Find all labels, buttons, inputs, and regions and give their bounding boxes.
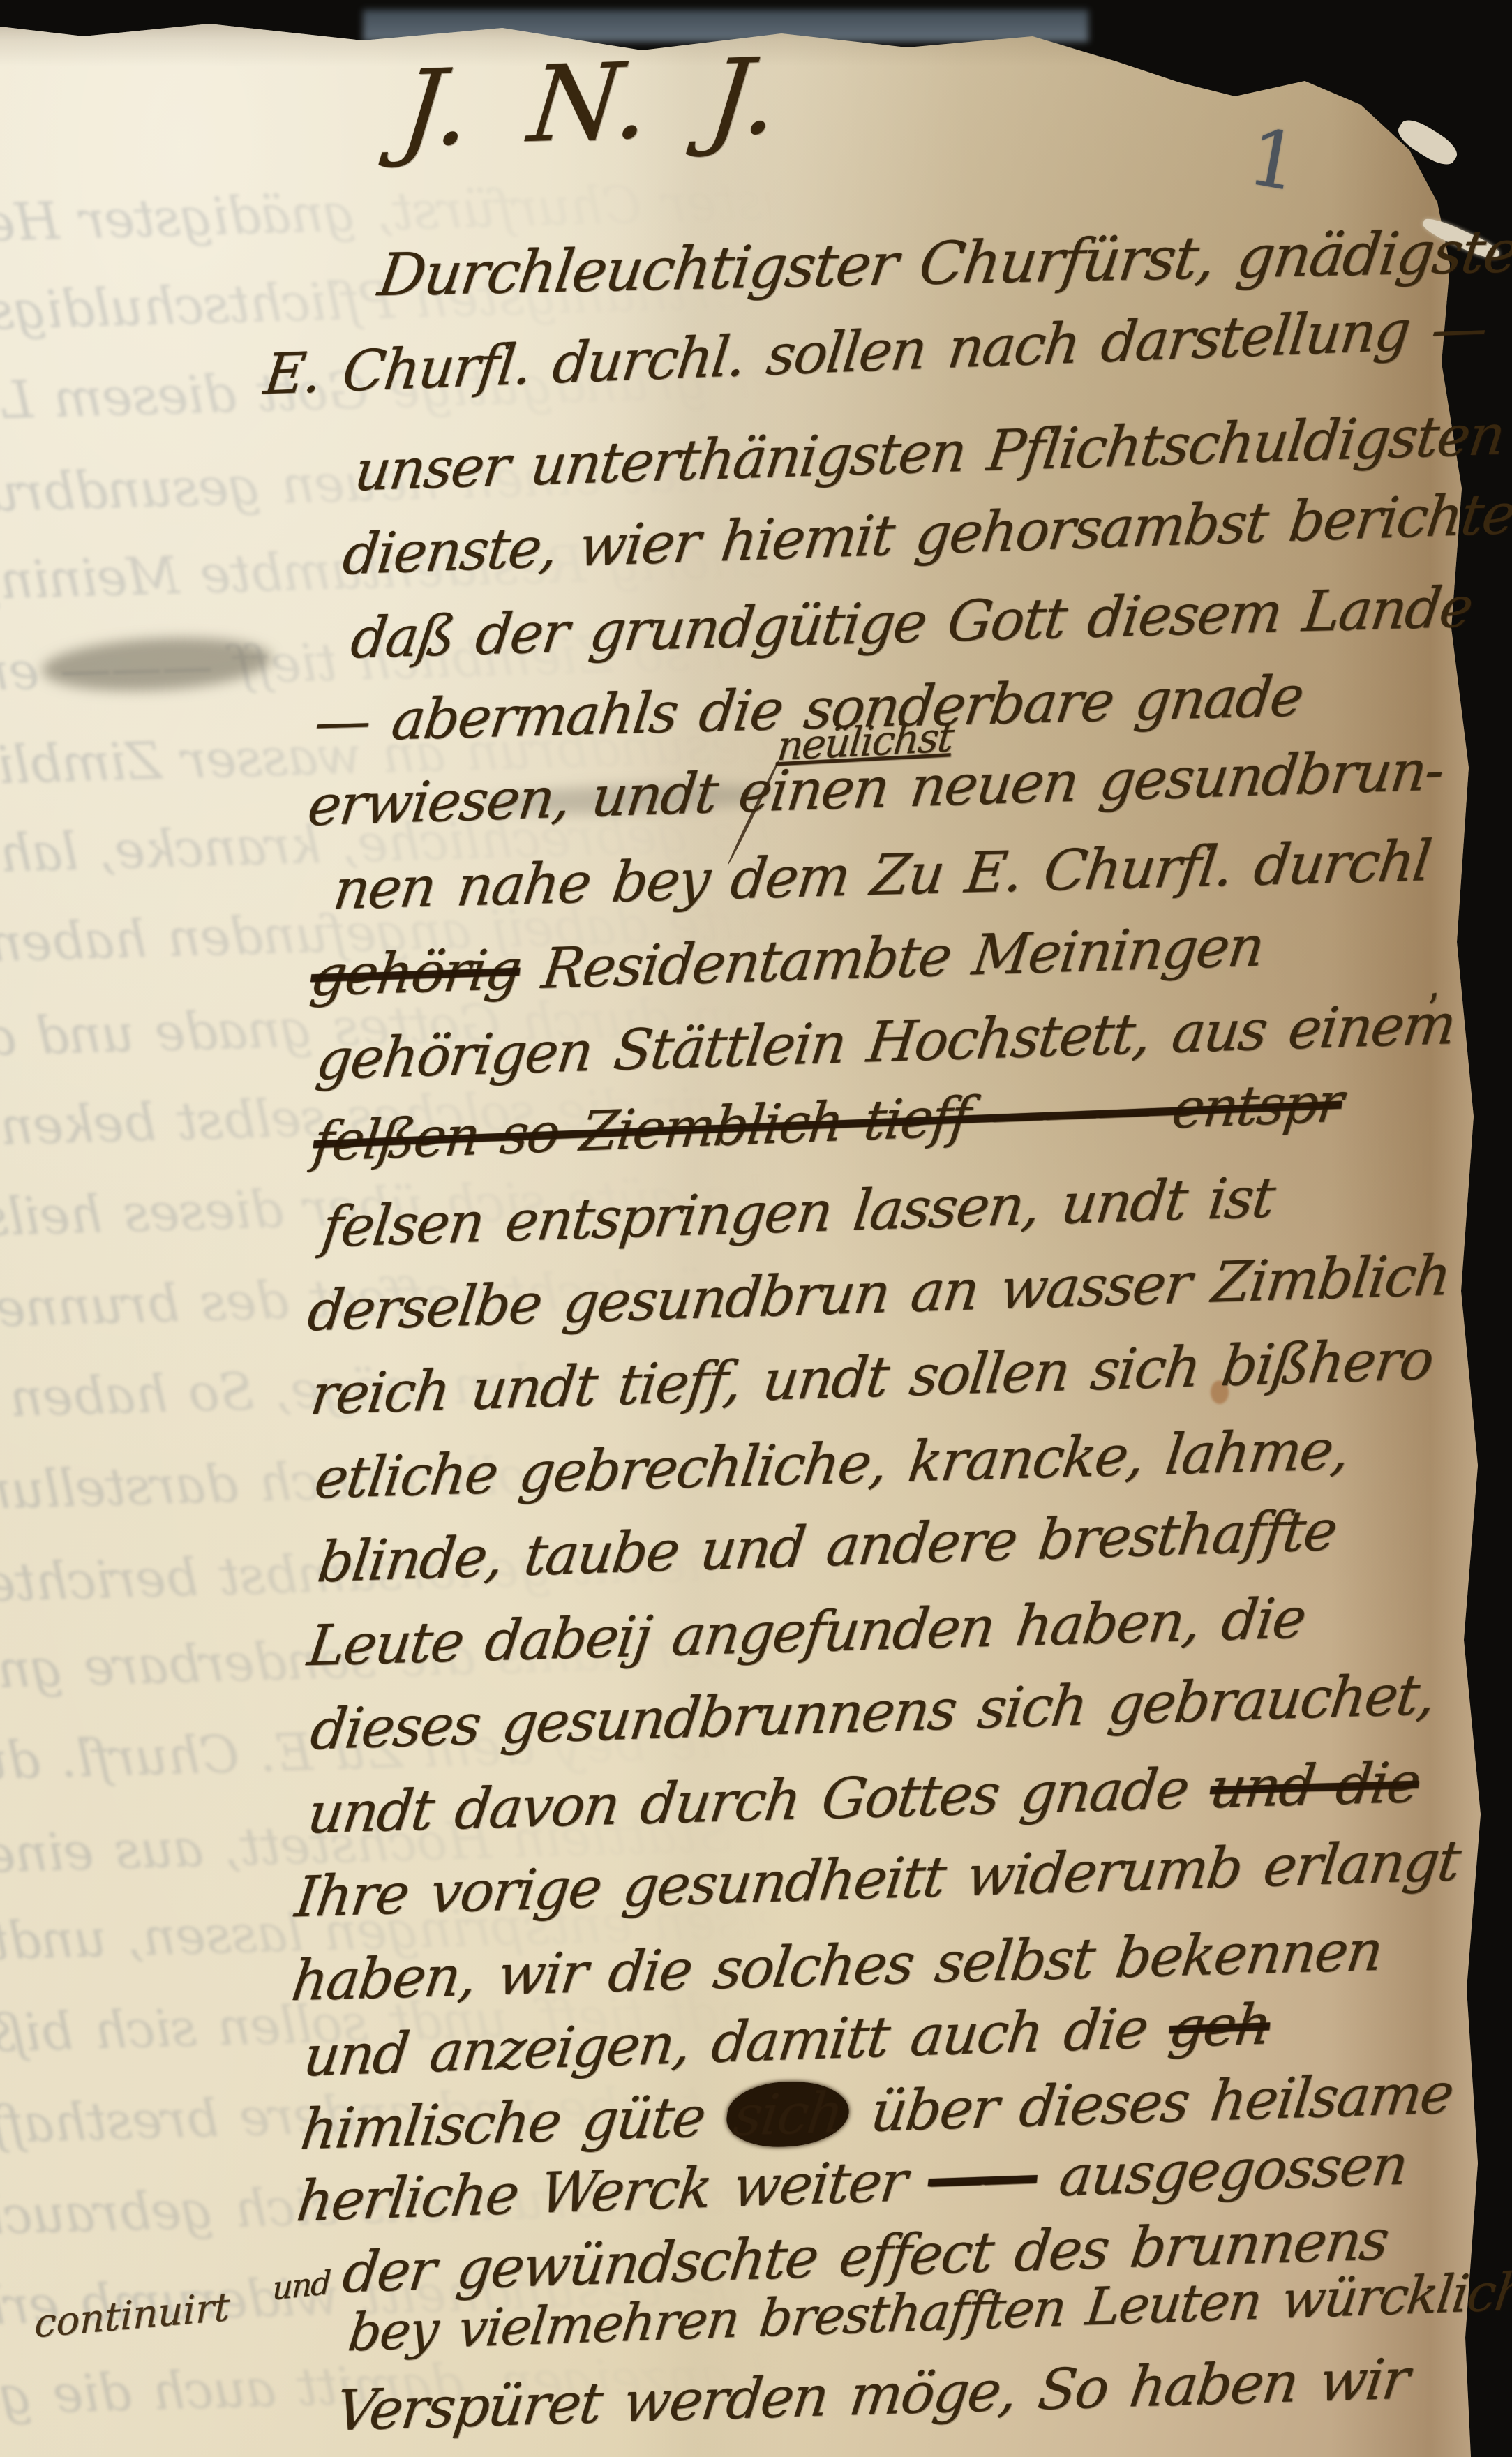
invocation-monogram: J. N. J. xyxy=(396,36,786,171)
superscript-insertion: und xyxy=(271,2263,331,2307)
blotted-text: sich xyxy=(723,2079,853,2149)
struck-text: —— xyxy=(925,2144,1042,2213)
manuscript-scan: Durchleuchtigster Churfürst, gnädigster … xyxy=(0,0,1512,2457)
struck-text: gehörig xyxy=(307,937,524,1009)
struck-text: geh xyxy=(1165,1992,1274,2060)
line-text: himlische güte xyxy=(297,2084,731,2163)
line-text: ausgegossen xyxy=(1033,2132,1411,2209)
struck-text: und die xyxy=(1206,1750,1423,1821)
